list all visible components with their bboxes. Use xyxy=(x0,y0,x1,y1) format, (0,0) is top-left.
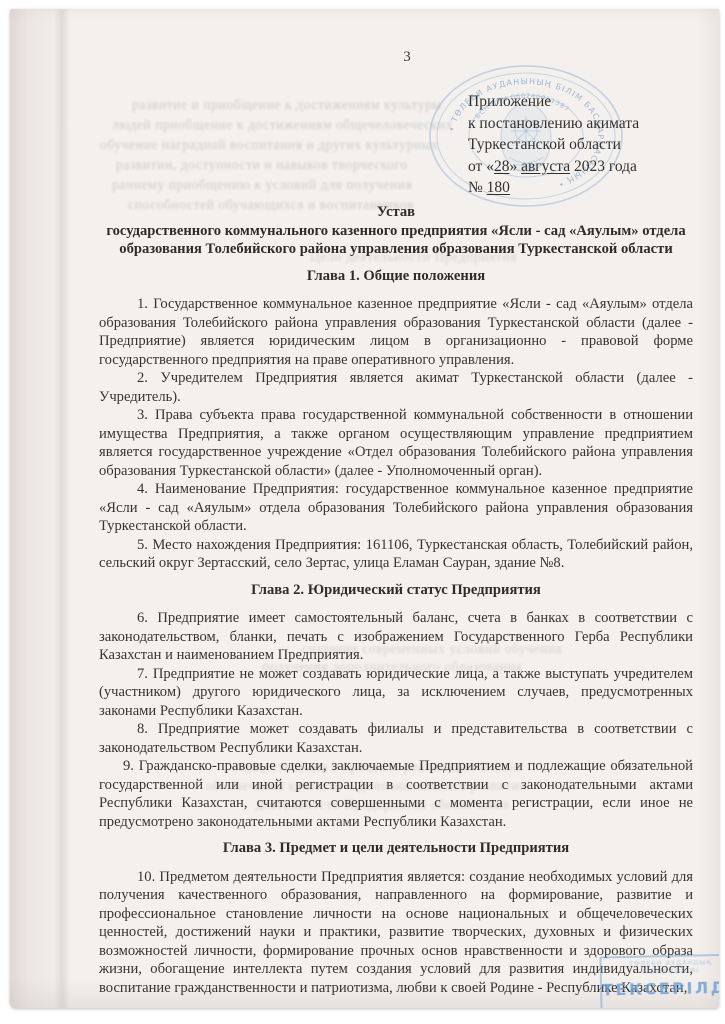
bleedthrough-line: раннему приобщению к условий для получен… xyxy=(112,177,460,193)
appendix-line: Туркестанской области xyxy=(468,134,718,156)
bleedthrough-line: развитие и приобщение к достижениям куль… xyxy=(132,97,462,113)
paragraph-9: 9. Гражданско-правовые сделки, заключаем… xyxy=(99,757,693,831)
document-title-line: государственного коммунального казенного… xyxy=(106,222,685,241)
number-sign: № xyxy=(468,179,487,196)
appendix-number-line: № 180 xyxy=(468,177,718,199)
document-title: Устав xyxy=(377,203,415,222)
appendix-reference-block: Приложение к постановлению акимата Турке… xyxy=(468,91,718,199)
date-month: августа xyxy=(521,158,570,175)
chapter-3-heading: Глава 3. Предмет и цели деятельности Пре… xyxy=(223,839,569,858)
appendix-line: Приложение xyxy=(468,91,718,113)
document-title-line: образования Толебийского района управлен… xyxy=(119,240,672,259)
date-prefix: от « xyxy=(468,158,494,175)
paragraph-4: 4. Наименование Предприятия: государстве… xyxy=(99,480,693,536)
chapter-1-heading: Глава 1. Общие положения xyxy=(307,267,485,286)
verification-stamp: ТӨЛЕБИ АУДАНДЫҚ БІЛІМ БӨЛІМІ ТЕКСЕРІЛДІ! xyxy=(599,954,719,1008)
paragraph-6: 6. Предприятие имеет самостоятельный бал… xyxy=(99,609,693,665)
appendix-date-line: от «28» августа 2023 года xyxy=(468,156,718,178)
scanned-document-canvas: развитие и приобщение к достижениям куль… xyxy=(0,0,725,1024)
paragraph-1: 1. Государственное коммунальное казенное… xyxy=(99,295,693,369)
paragraph-5: 5. Место нахождения Предприятия: 161106,… xyxy=(99,536,693,573)
paragraph-2: 2. Учредителем Предприятия является аким… xyxy=(99,369,693,406)
date-day: 28 xyxy=(494,158,510,175)
page-number: 3 xyxy=(392,49,422,66)
document-page: развитие и приобщение к достижениям куль… xyxy=(10,9,719,1008)
chapter-2-heading: Глава 2. Юридический статус Предприятия xyxy=(251,581,541,600)
document-body: Устав государственного коммунального каз… xyxy=(99,203,693,997)
verification-stamp-label: ТЕКСЕРІЛДІ! xyxy=(602,978,719,1000)
resolution-number: 180 xyxy=(487,179,510,196)
date-year: 2023 года xyxy=(570,158,637,175)
verification-stamp-small-text: БІЛІМ БӨЛІМІ xyxy=(602,966,719,976)
paragraph-8: 8. Предприятие может создавать филиалы и… xyxy=(99,720,693,757)
paragraph-7: 7. Предприятие не может создавать юридич… xyxy=(99,665,693,721)
appendix-line: к постановлению акимата xyxy=(468,113,718,135)
date-separator: » xyxy=(509,158,521,175)
page-fold-shadow xyxy=(54,9,70,1008)
paragraph-3: 3. Права субъекта права государственной … xyxy=(99,406,693,480)
